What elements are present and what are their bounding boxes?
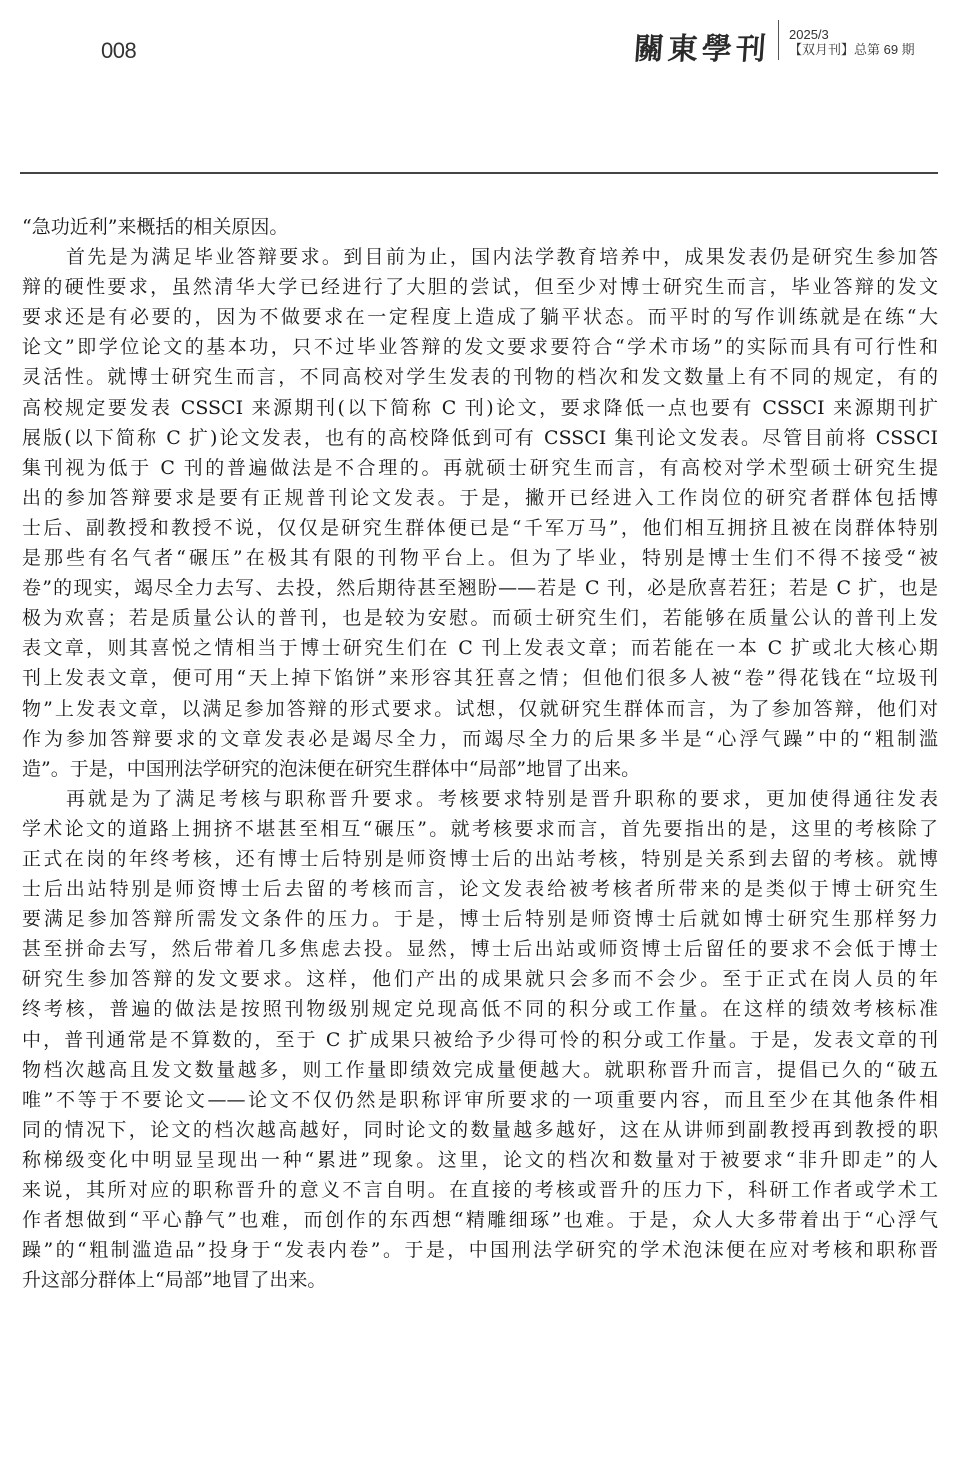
text-line: 要满足参加答辩所需发文条件的压力。于是，博士后特别是师资博士后就如博士研究生那样…	[22, 904, 938, 934]
text-line: 中，普刊通常是不算数的，至于 C 扩成果只被给予少得可怜的积分或工作量。于是，发…	[22, 1025, 938, 1055]
paragraph: 再就是为了满足考核与职称晋升要求。考核要求特别是晋升职称的要求，更加使得通往发表…	[22, 784, 938, 1296]
text-line: 灵活性。就博士研究生而言，不同高校对学生发表的刊物的档次和发文数量上有不同的规定…	[22, 362, 938, 392]
text-line: 集刊视为低于 C 刊的普遍做法是不合理的。再就硕士研究生而言，有高校对学术型硕士…	[22, 453, 938, 483]
text-line: 正式在岗的年终考核，还有博士后特别是师资博士后的出站考核，特别是关系到去留的考核…	[22, 844, 938, 874]
text-line: 刊上发表文章，便可用“天上掉下馅饼”来形容其狂喜之情；但他们很多人被“卷”得花钱…	[22, 663, 938, 693]
paragraph: “急功近利”来概括的相关原因。	[22, 212, 938, 242]
paragraph: 首先是为满足毕业答辩要求。到目前为止，国内法学教育培养中，成果发表仍是研究生参加…	[22, 242, 938, 784]
text-line: 物档次越高且发文数量越多，则工作量即绩效完成量便越大。就职称晋升而言，提倡已久的…	[22, 1055, 938, 1085]
text-line: 表文章，则其喜悦之情相当于博士研究生们在 C 刊上发表文章；而若能在一本 C 扩…	[22, 633, 938, 663]
text-line: 出的参加答辩要求是要有正规普刊论文发表。于是，撇开已经进入工作岗位的研究者群体包…	[22, 483, 938, 513]
text-line: 士后、副教授和教授不说，仅仅是研究生群体便已是“千军万马”，他们相互拥挤且被在岗…	[22, 513, 938, 543]
text-line: 作者想做到“平心静气”也难，而创作的东西想“精雕细琢”也难。于是，众人大多带着出…	[22, 1205, 938, 1235]
text-line: 终考核，普遍的做法是按照刊物级别规定兑现高低不同的积分或工作量。在这样的绩效考核…	[22, 994, 938, 1024]
text-line: 展版(以下简称 C 扩)论文发表，也有的高校降低到可有 CSSCI 集刊论文发表…	[22, 423, 938, 453]
text-line: 是那些有名气者“碾压”在极其有限的刊物平台上。但为了毕业，特别是博士生们不得不接…	[22, 543, 938, 573]
text-line: 极为欢喜；若是质量公认的普刊，也是较为安慰。而硕士研究生们，若能够在质量公认的普…	[22, 603, 938, 633]
page-number: 008	[101, 38, 136, 64]
text-line: 高校规定要发表 CSSCI 来源期刊(以下简称 C 刊)论文，要求降低一点也要有…	[22, 393, 938, 423]
text-line: 首先是为满足毕业答辩要求。到目前为止，国内法学教育培养中，成果发表仍是研究生参加…	[22, 242, 938, 272]
text-line: 再就是为了满足考核与职称晋升要求。考核要求特别是晋升职称的要求，更加使得通往发表	[22, 784, 938, 814]
text-line: 造”。于是，中国刑法学研究的泡沫便在研究生群体中“局部”地冒了出来。	[22, 754, 938, 784]
header-divider	[778, 20, 779, 60]
text-line: 同的情况下，论文的档次越高越好，同时论文的数量越多越好，这在从讲师到副教授再到教…	[22, 1115, 938, 1145]
article-body: “急功近利”来概括的相关原因。 首先是为满足毕业答辩要求。到目前为止，国内法学教…	[22, 212, 938, 1295]
text-line: 物”上发表文章，以满足参加答辩的形式要求。试想，仅就研究生群体而言，为了参加答辩…	[22, 694, 938, 724]
issue-year-month: 2025/3	[789, 27, 915, 42]
text-line: 卷”的现实，竭尽全力去写、去投，然后期待甚至翘盼——若是 C 刊，必是欣喜若狂；…	[22, 573, 938, 603]
text-line: 甚至拼命去写，然后带着几多焦虑去投。显然，博士后出站或师资博士后留任的要求不会低…	[22, 934, 938, 964]
text-line: 升这部分群体上“局部”地冒了出来。	[22, 1265, 938, 1295]
issue-info: 2025/3 【双月刊】总第 69 期	[789, 27, 915, 57]
text-line: 要求还是有必要的，因为不做要求在一定程度上造成了躺平状态。而平时的写作训练就是在…	[22, 302, 938, 332]
text-line: 来说，其所对应的职称晋升的意义不言自明。在直接的考核或晋升的压力下，科研工作者或…	[22, 1175, 938, 1205]
text-line: 作为参加答辩要求的文章发表必是竭尽全力，而竭尽全力的后果多半是“心浮气躁”中的“…	[22, 724, 938, 754]
text-line: 辩的硬性要求，虽然清华大学已经进行了大胆的尝试，但至少对博士研究生而言，毕业答辩…	[22, 272, 938, 302]
text-line: 论文”即学位论文的基本功，只不过毕业答辩的发文要求要符合“学术市场”的实际而具有…	[22, 332, 938, 362]
text-line: 躁”的“粗制滥造品”投身于“发表内卷”。于是，中国刑法学研究的学术泡沫便在应对考…	[22, 1235, 938, 1265]
journal-title-logo: 關東學刊	[632, 24, 771, 68]
text-line: 唯”不等于不要论文——论文不仅仍然是职称评审所要求的一项重要内容，而且至少在其他…	[22, 1085, 938, 1115]
issue-series: 【双月刊】总第 69 期	[789, 42, 915, 57]
header-rule	[20, 172, 938, 174]
text-line: 研究生参加答辩的发文要求。这样，他们产出的成果就只会多而不会少。至于正式在岗人员…	[22, 964, 938, 994]
text-line: 士后出站特别是师资博士后去留的考核而言，论文发表给被考核者所带来的是类似于博士研…	[22, 874, 938, 904]
text-line: 称梯级变化中明显呈现出一种“累进”现象。这里，论文的档次和数量对于被要求“非升即…	[22, 1145, 938, 1175]
text-line: 学术论文的道路上拥挤不堪甚至相互“碾压”。就考核要求而言，首先要指出的是，这里的…	[22, 814, 938, 844]
text-line: “急功近利”来概括的相关原因。	[22, 212, 938, 242]
